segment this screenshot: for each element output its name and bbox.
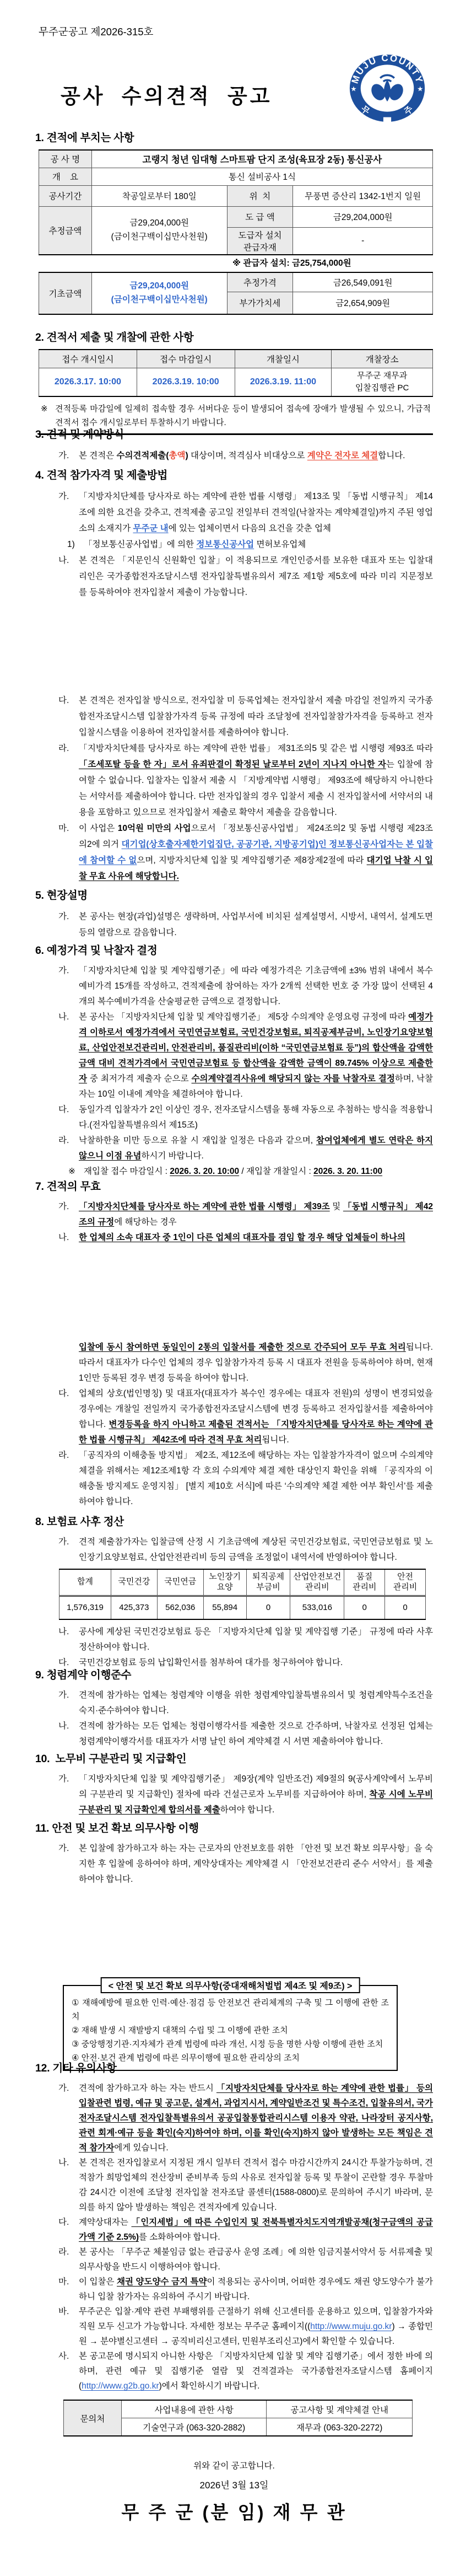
table-row: 개 요 통신 설비공사 1식 [39,168,433,185]
column-header: 품질 관리비 [344,1569,385,1596]
text-run: 국민건강보험료 등의 납입확인서를 첨부하여 대가를 청구하여야 합니다. [79,1658,343,1667]
text-run: 견적 제출참가자는 입찰금액 산정 시 기초금액에 계상된 국민건강보험료, 국… [79,1537,433,1562]
item-text: 입찰에 동시 참여하면 동일인이 2통의 입찰서를 제출한 것으로 간주되어 모… [79,1343,433,1383]
rebid-schedule-note: ※재입찰 접수 마감일시 : 2026. 3. 20. 10:00 / 재입찰 … [68,1164,433,1179]
list-item-continuation: 입찰에 동시 참여하면 동일인이 2통의 입찰서를 제출한 것으로 간주되어 모… [58,1340,433,1386]
text-run: 수의계약결격사유에 해당되지 않는 자를 낙찰자로 결정 [192,1074,395,1083]
item-label: 가. [58,1199,69,1215]
item-text: 계약상대자는 「인지세법」에 따른 수입인지 및 전북특별자치도지역개발공채(청… [79,2218,433,2242]
column-header: 노인장기 요양 [203,1569,246,1596]
text-run: 무주군 내 [133,524,168,533]
row-label: 공 사 명 [39,150,92,168]
text-run: 채권 양도양수 금지 특약 [117,2277,207,2287]
contact-col2-value: 재무과 (063-320-2272) [267,2418,413,2437]
box-title: < 안전 및 보건 확보 의무사항(중대재해처벌법 제4조 및 제9조) > [101,1977,360,1993]
section-2-heading: 2. 견적서 제출 및 개찰에 관한 사항 [35,329,433,344]
text-run: 본 견적은 [79,451,117,460]
text-run: 「인지세법」에 따른 수입인지 및 전북특별자치도지역개발공채(청구금액의 공급… [79,2218,433,2242]
section-7-heading: 7. 견적의 무효 [35,1179,433,1194]
text-run: 「지방자치단체를 당사자로 하는 계약에 관한 법률 시행령」 제39조 [79,1202,330,1211]
table-row: 2026.3.17. 10:00 2026.3.19. 10:00 2026.3… [39,368,433,397]
text-run: 본 공사는 「지방자치단체 입찰 및 계약집행기준」 제5장 수의계약 운영요령… [79,1012,408,1022]
contact-col2-header: 공고사항 및 계약체결 안내 [267,2400,413,2418]
list-item: 다.계약상대자는 「인지세법」에 따른 수입인지 및 전북특별자치도지역개발공채… [58,2215,433,2245]
row-label: 도급자 설치 관급자재 [227,227,293,255]
text-run: 「공직자의 이해충돌 방지법」 제2조, 제12조에 해당하는 자는 입찰참가자… [79,1451,433,1506]
text-run: 이 사업은 [79,824,118,833]
item-text: 본 공고문에 명시되지 아니한 사항은 「지방자치단체 입찰 및 계약 집행기준… [79,2352,433,2391]
submission-start: 2026.3.17. 10:00 [39,368,137,397]
item-text: 「지방자치단체 입찰 및 계약집행기준」에 따라 예정가격은 기초금액에 ±3%… [79,966,433,1006]
section-6-heading: 6. 예정가격 및 낙찰자 결정 [35,943,433,958]
list-item: 가.본 입찰에 참가하고자 하는 자는 근로자의 안전보호를 위한 「안전 및 … [58,1841,433,1887]
item-text: 「지방자치단체를 당사자로 하는 계약에 관한 법률」 제31조의5 및 같은 … [79,744,433,817]
list-item: 나.견적에 참가하는 모든 업체는 청렴이행각서를 제출한 것으로 간주하며, … [58,1719,433,1749]
column-header: 접수 마감일시 [137,350,235,368]
section-11: 11. 안전 및 보건 확보 의무사항 이행 가.본 입찰에 참가하고자 하는 … [35,1821,433,1887]
text-run: 2026. 3. 20. 10:00 [170,1167,239,1176]
announcement-date: 2026년 3월 13일 [35,2477,433,2491]
section-12-heading: 12. 기타 유의사항 [35,2061,433,2076]
section-12: 12. 기타 유의사항 가.견적에 참가하고자 하는 자는 반드시 「지방자치단… [35,2061,433,2393]
text-run: 낙찰하한율 미만 등으로 유찰 시 재입찰 일정은 다음과 같으며, [79,1136,316,1145]
row-label: 개 요 [39,168,92,185]
table-header-row: 합계 국민건강 국민연금 노인장기 요양 퇴직공제 부금비 산업안전보건 관리비… [59,1569,426,1596]
item-label: 다. [58,1102,69,1118]
box-line: ② 재해 발생 시 재발방지 대책의 수립 및 그 이행에 관한 조치 [72,2024,389,2037]
item-label: 가. [58,448,69,464]
section-11-heading: 11. 안전 및 보건 확보 의무사항 이행 [35,1821,433,1836]
item-label: 나. [58,1624,69,1640]
item-label: 나. [58,2155,69,2170]
item-label: 가. [58,963,69,979]
row-label: 추정금액 [39,206,92,255]
estimate-amount: 금29,204,000원(금이천구백이십만사천원) [91,206,227,255]
item-text: 이 입찰은 채권 양도양수 금지 특약이 적용되는 공사이며, 어떠한 경우에도… [79,2277,433,2301]
text-run: 본 입찰에 참가하고자 하는 자는 근로자의 안전보호를 위한 「안전 및 보건… [79,1844,433,1884]
column-header: 합계 [59,1569,111,1596]
item-label: 나. [58,1719,69,1734]
section-4: 4. 견적 참가자격 및 제출방법 가.「지방자치단체를 당사자로 하는 계약에… [35,468,433,600]
text-run: 및 [330,1202,343,1211]
list-item: 사.본 공고문에 명시되지 아니한 사항은 「지방자치단체 입찰 및 계약 집행… [58,2349,433,2393]
item-text: 견적에 참가하는 모든 업체는 청렴이행각서를 제출한 것으로 간주하며, 낙찰… [79,1721,433,1746]
longterm-care: 55,894 [203,1596,246,1619]
text-run: 에 있는 업체이면서 다음의 요건을 갖춘 업체 [169,524,331,533]
list-item: 가.견적에 참가하는 업체는 청렴계약 이행을 위한 청렴계약입찰특별유의서 및… [58,1688,433,1719]
text-run: 공사에 계상된 국민건강보험료 등은 「지방자치단체 입찰 및 계약집행 기준」… [79,1627,433,1652]
text-run: 에 해당하는 경우 [114,1217,176,1227]
item-label: 나. [58,552,69,568]
base-amount-table: 기초금액 금29,204,000원(금이천구백이십만사천원) 추정가격 금26,… [39,272,433,315]
retirement-deduction: 0 [246,1596,290,1619]
location-value: 무풍면 증산리 1342-1번지 일원 [293,185,433,206]
text-run: 견적에 참가하는 업체는 청렴계약 이행을 위한 청렴계약입찰특별유의서 및 청… [79,1690,433,1715]
item-text: 본 견적은 수의견적제출(총액) 대상이며, 적격심사 비대상으로 계약은 전자… [79,451,405,460]
submission-end: 2026.3.19. 10:00 [137,368,235,397]
contact-block: 문의처 사업내용에 관한 사항 공고사항 및 계약체결 안내 기술연구과 (06… [35,2400,433,2437]
page-title: 공사 수의견적 공고 [61,79,433,109]
item-label: 나. [58,1010,69,1025]
list-item: 나.본 공사는 「지방자치단체 입찰 및 계약집행기준」 제5장 수의계약 운영… [58,1010,433,1102]
item-text: 본 공사는 「무주군 체불임금 없는 관급공사 운영 조례」에 의한 임금지불서… [79,2247,433,2272]
contact-label: 문의처 [64,2400,122,2436]
notice-document: 무주군공고 제2026-315호 MUJU COUNTY ★ ★ 무 주 공사 … [0,0,455,2576]
text-run: 하시기 바랍니다. [141,1151,203,1161]
section-5-heading: 5. 현장설명 [35,888,433,904]
text-run: 하여야 합니다. [220,1805,274,1815]
item-label: 라. [58,1133,69,1149]
section-9-heading: 9. 청렴계약 이행준수 [35,1667,433,1683]
column-header: 개찰장소 [332,350,433,368]
project-name: 고랭지 청년 임대형 스마트팜 단지 조성(육묘장 2동) 통신공사 [91,150,432,168]
item-text: 「공직자의 이해충돌 방지법」 제2조, 제12조에 해당하는 자는 입찰참가자… [79,1451,433,1506]
amount: 금29,204,000원 [129,218,189,228]
item-label: 나. [58,1230,69,1246]
text-run: 한 업체의 소속 대표자 중 1인이 다른 업체의 대표자를 겸임 할 경우 해… [79,1233,405,1242]
item-label: 사. [58,2349,69,2364]
item-text: 이 사업은 10억원 미만의 사업으로서 「정보통신공사업법」 제24조의2 및… [79,824,433,881]
column-header: 산업안전보건 관리비 [290,1569,344,1596]
text-run: 으며, 지방자치단체 입찰 및 계약집행기준 제8장제2절에 따라 [137,856,366,865]
list-item: 가.견적 제출참가자는 입찰금액 산정 시 기초금액에 계상된 국민건강보험료,… [58,1534,433,1565]
item-text: 본 견적은 전자입찰 방식으로, 전자입찰 미 등록업체는 전자입찰서 제출 마… [79,696,433,737]
text-run: 본 견적은 「지문인식 신원확인 입찰」이 적용되므로 개인인증서를 보유한 대… [79,556,433,597]
list-item: 가.「지방자치단체를 당사자로 하는 계약에 관한 법률 시행령」 제39조 및… [58,1199,433,1230]
text-run: 본 견적은 전자입찰 방식으로, 전자입찰 미 등록업체는 전자입찰서 제출 마… [79,696,433,737]
header: 무주군공고 제2026-315호 [35,24,433,39]
notice-number: 무주군공고 제2026-315호 [39,24,433,39]
table-row: 1,576,319 425,373 562,036 55,894 0 533,0… [59,1596,426,1619]
row-label: 위 치 [227,185,293,206]
opening-datetime: 2026.3.19. 11:00 [235,368,332,397]
project-info-table: 공 사 명 고랭지 청년 임대형 스마트팜 단지 조성(육묘장 2동) 통신공사… [39,149,433,255]
item-label: 가. [58,2081,69,2096]
text-run: 본 공사는 현장(과업)설명은 생략하며, 사업부서에 비치된 설계설명서, 시… [79,912,433,937]
list-item: 나.한 업체의 소속 대표자 중 1인이 다른 업체의 대표자를 겸임 할 경우… [58,1230,433,1246]
item-label: 다. [58,2215,69,2230]
text-run: 본 견적은 전자입찰로서 지정된 개시 일부터 견적서 접수 마감시간까지 24… [79,2158,433,2212]
section-3-heading: 3. 견적 및 계약방식 [35,427,433,443]
list-item: 마.이 입찰은 채권 양도양수 금지 특약이 적용되는 공사이며, 어떠한 경우… [58,2274,433,2304]
text-run: 2026. 3. 20. 11:00 [313,1167,382,1176]
section-1-heading: 1. 견적에 부치는 사항 [35,129,433,144]
total-amount: 1,576,319 [59,1596,111,1619]
text-run: 중 최저가격 제출자 순으로 [87,1074,192,1083]
list-item: 다.업체의 상호(법인명칭) 및 대표자(대표자가 복수인 경우에는 대표자 전… [58,1386,433,1448]
item-text: 견적에 참가하는 업체는 청렴계약 이행을 위한 청렴계약입찰특별유의서 및 청… [79,1690,433,1715]
item-label: 마. [58,2274,69,2289]
text-run: 「지방자치단체 입찰 및 계약집행기준」에 따라 예정가격은 기초금액에 ±3%… [79,966,433,1006]
list-item: 바.무주군은 입찰·계약 관련 부패행위를 근절하기 위해 신고센터를 운용하고… [58,2304,433,2349]
box-line: ③ 중앙행정기관·지자체가 관계 법령에 따라 개선, 시정 등을 명한 사항 … [72,2037,389,2051]
row-label: 부가가치세 [227,292,293,314]
row-label: 기초금액 [39,272,92,314]
list-item: 가.「지방자치단체를 당사자로 하는 계약에 관한 법률 시행령」 제13조 및… [58,489,433,536]
item-text: 본 공사는 현장(과업)설명은 생략하며, 사업부서에 비치된 설계설명서, 시… [79,912,433,937]
section-7: 7. 견적의 무효 가.「지방자치단체를 당사자로 하는 계약에 관한 법률 시… [35,1179,433,1246]
list-item: 나.본 견적은 전자입찰로서 지정된 개시 일부터 견적서 접수 마감시간까지 … [58,2155,433,2215]
government-furnished-note: ※ 관급자 설치: 금25,754,000원 [39,255,433,272]
table-header-row: 접수 개시일시 접수 마감일시 개찰일시 개찰장소 [39,350,433,368]
text-run: 계약상대자는 [79,2218,131,2227]
item-text: 견적 제출참가자는 입찰금액 산정 시 기초금액에 계상된 국민건강보험료, 국… [79,1537,433,1562]
column-header: 개찰일시 [235,350,332,368]
text-run: 10억원 미만의 사업 [118,824,191,833]
closing-statement: 위와 같이 공고합니다. [35,2459,433,2471]
item-text: 국민건강보험료 등의 납입확인서를 첨부하여 대가를 청구하여야 합니다. [79,1658,343,1667]
text-run: 정보통신공사업 [196,540,254,549]
section-2: 2. 견적서 제출 및 개찰에 관한 사항 접수 개시일시 접수 마감일시 개찰… [35,329,433,435]
item-text: 「지방자치단체 입찰 및 계약집행기준」 제9장(계약 일반조건) 제9절의 9… [79,1774,433,1815]
text-run: 이 입찰은 [79,2277,117,2287]
item-label: 가. [58,909,69,925]
footer: 위와 같이 공고합니다. 2026년 3월 13일 무 주 군 (분 임) 재 … [35,2459,433,2524]
text-run: 총액 [169,451,186,460]
list-item: 가.「지방자치단체 입찰 및 계약집행기준」에 따라 예정가격은 기초금액에 ±… [58,963,433,1010]
note-text: 견적등록 마감일에 일제히 접속할 경우 서버다운 등이 발생되어 접속에 장애… [55,404,431,427]
item-label: 1) [67,536,75,552]
text-run: )에서 확인하시기 바랍니다. [159,2381,260,2391]
list-subitem: 1)「정보통신공사업법」에 의한 정보통신공사업 면허보유업체 [67,536,433,552]
health-insurance: 425,373 [111,1596,157,1619]
table-row: 공사기간 착공일로부터 180일 위 치 무풍면 증산리 1342-1번지 일원 [39,185,433,206]
text-run: 계약은 전자로 체결 [307,451,378,460]
text-run: 면허보유업체 [254,540,306,549]
text-run: 「조세포탈 등을 한 자」로서 유죄판결이 확정된 날로부터 2년이 지나지 아… [79,760,386,769]
list-item: 가.견적에 참가하고자 하는 자는 반드시 「지방자치단체를 당사자로 하는 계… [58,2081,433,2155]
link-muju-homepage[interactable]: http://www.muju.go.kr [310,2322,392,2331]
contact-col1-value: 기술연구과 (063-320-2882) [121,2418,267,2437]
list-item: 라.낙찰하한율 미만 등으로 유찰 시 재입찰 일정은 다음과 같으며, 참여업… [58,1133,433,1164]
safety-obligation-box-wrap: < 안전 및 보건 확보 의무사항(중대재해처벌법 제4조 및 제9조) > ①… [35,1985,433,2071]
amount-korean: (금이천구백이십만사천원) [111,295,208,304]
text-run: 를 소화하여야 합니다. [139,2232,220,2242]
quality-management-cost: 0 [344,1596,385,1619]
pension-insurance: 562,036 [157,1596,203,1619]
text-run: 대상이며, 적격심사 비대상으로 [188,451,307,460]
note-mark: ※ [41,402,48,416]
section-5: 5. 현장설명 가.본 공사는 현장(과업)설명은 생략하며, 사업부서에 비치… [35,888,433,941]
section-9: 9. 청렴계약 이행준수 가.견적에 참가하는 업체는 청렴계약 이행을 위한 … [35,1667,433,1749]
title-block: 공사 수의견적 공고 [35,79,433,109]
text-run: 입찰에 동시 참여하면 동일인이 2통의 입찰서를 제출한 것으로 간주되어 모… [79,1343,406,1352]
link-g2b-homepage[interactable]: http://www.g2b.go.kr [82,2381,159,2391]
text-run: 에게 있습니다. [114,2143,168,2153]
item-label: 다. [58,693,69,709]
row-label: 추정가격 [227,272,293,292]
estimated-price: 금26,549,091원 [293,272,433,292]
text-run: 견적에 참가하는 모든 업체는 청렴이행각서를 제출한 것으로 간주하며, 낙찰… [79,1721,433,1746]
contact-col1-header: 사업내용에 관한 사항 [121,2400,267,2418]
safety-management-cost: 0 [385,1596,426,1619]
item-label: 라. [58,1448,69,1463]
section-1: 1. 견적에 부치는 사항 공 사 명 고랭지 청년 임대형 스마트팜 단지 조… [35,129,433,315]
text-run: 동일가격 입찰자가 2인 이상인 경우, 전자조달시스템을 통해 자동으로 추첨… [79,1105,433,1130]
column-header: 안전 관리비 [385,1569,426,1596]
text-run: 본 공사는 「무주군 체불임금 없는 관급공사 운영 조례」에 의한 임금지불서… [79,2247,433,2272]
list-item: 가.「지방자치단체 입찰 및 계약집행기준」 제9장(계약 일반조건) 제9절의… [58,1772,433,1818]
section-4-continued: 다.본 견적은 전자입찰 방식으로, 전자입찰 미 등록업체는 전자입찰서 제출… [35,693,433,884]
text-run: 합니다. [378,451,405,460]
construction-period: 착공일로부터 180일 [91,185,227,206]
item-label: 라. [58,740,69,756]
text-run: 「지방자치단체를 당사자로 하는 계약에 관한 법률」 제31조의5 및 같은 … [79,744,433,753]
note-text: 재입찰 접수 마감일시 : 2026. 3. 20. 10:00 / 재입찰 개… [84,1167,382,1176]
item-text: 업체의 상호(법인명칭) 및 대표자(대표자가 복수인 경우에는 대표자 전원)… [79,1389,433,1445]
section-4-heading: 4. 견적 참가자격 및 제출방법 [35,468,433,484]
text-run: 「정보통신공사업법」에 의한 [84,540,196,549]
text-run: 변경등록을 하지 아니하고 제출된 견적서는 「지방자치단체를 당사자로 하는 … [79,1420,433,1445]
section-7-continued: 입찰에 동시 참여하면 동일인이 2통의 입찰서를 제출한 것으로 간주되어 모… [35,1340,433,1510]
amount: 금29,204,000원 [129,281,189,291]
item-text: 본 견적은 전자입찰로서 지정된 개시 일부터 견적서 접수 마감시간까지 24… [79,2158,433,2212]
section-10: 10. 노무비 구분관리 및 지급확인 가.「지방자치단체 입찰 및 계약집행기… [35,1751,433,1818]
item-text: 동일가격 입찰자가 2인 이상인 경우, 전자조달시스템을 통해 자동으로 추첨… [79,1105,433,1130]
section-3: 3. 견적 및 계약방식 가.본 견적은 수의견적제출(총액) 대상이며, 적격… [35,427,433,464]
column-header: 국민연금 [157,1569,203,1596]
table-row: 추정금액 금29,204,000원(금이천구백이십만사천원) 도 급 액 금29… [39,206,433,227]
safety-obligation-box: < 안전 및 보건 확보 의무사항(중대재해처벌법 제4조 및 제9조) > ①… [63,1985,398,2071]
industrial-safety-cost: 533,016 [290,1596,344,1619]
item-text: 공사에 계상된 국민건강보험료 등은 「지방자치단체 입찰 및 계약집행 기준」… [79,1627,433,1652]
list-item: 가.본 견적은 수의견적제출(총액) 대상이며, 적격심사 비대상으로 계약은 … [58,448,433,464]
row-label: 도 급 액 [227,206,293,227]
item-label: 바. [58,2304,69,2319]
table-row: 공 사 명 고랭지 청년 임대형 스마트팜 단지 조성(육묘장 2동) 통신공사 [39,150,433,168]
table-row: 문의처 사업내용에 관한 사항 공고사항 및 계약체결 안내 [64,2400,413,2418]
list-item: 나.공사에 계상된 국민건강보험료 등은 「지방자치단체 입찰 및 계약집행 기… [58,1624,433,1655]
list-item: 라.「공직자의 이해충돌 방지법」 제2조, 제12조에 해당하는 자는 입찰참… [58,1448,433,1510]
project-overview: 통신 설비공사 1식 [91,168,432,185]
insurance-amount-table: 합계 국민건강 국민연금 노인장기 요양 퇴직공제 부금비 산업안전보건 관리비… [59,1569,426,1620]
item-text: 낙찰하한율 미만 등으로 유찰 시 재입찰 일정은 다음과 같으며, 참여업체에… [79,1136,433,1161]
section-8: 8. 보험료 사후 정산 가.견적 제출참가자는 입찰금액 산정 시 기초금액에… [35,1514,433,1671]
item-text: 본 공사는 「지방자치단체 입찰 및 계약집행기준」 제5장 수의계약 운영요령… [79,1012,433,1099]
vat-value: 금2,654,909원 [293,292,433,314]
item-label: 다. [58,1386,69,1402]
section-6: 6. 예정가격 및 낙찰자 결정 가.「지방자치단체 입찰 및 계약집행기준」에… [35,943,433,1179]
text-run: / 재입찰 개찰일시 : [239,1167,313,1176]
item-label: 가. [58,489,69,505]
item-text: 「지방자치단체를 당사자로 하는 계약에 관한 법률 시행령」 제39조 및 「… [79,1202,433,1227]
list-item: 마.이 사업은 10억원 미만의 사업으로서 「정보통신공사업법」 제24조의2… [58,820,433,884]
item-text: 무주군은 입찰·계약 관련 부패행위를 근절하기 위해 신고센터를 운용하고 있… [79,2307,433,2346]
column-header: 접수 개시일시 [39,350,137,368]
base-amount: 금29,204,000원(금이천구백이십만사천원) [91,272,227,314]
text-run: 재입찰 접수 마감일시 : [84,1167,170,1176]
table-row: 기초금액 금29,204,000원(금이천구백이십만사천원) 추정가격 금26,… [39,272,433,292]
item-text: 「지방자치단체를 당사자로 하는 계약에 관한 법률 시행령」 제13조 및 「… [79,492,433,533]
item-label: 마. [58,820,69,836]
section-8-heading: 8. 보험료 사후 정산 [35,1514,433,1529]
schedule-table: 접수 개시일시 접수 마감일시 개찰일시 개찰장소 2026.3.17. 10:… [39,349,433,397]
item-text: 「정보통신공사업법」에 의한 정보통신공사업 면허보유업체 [84,540,306,549]
contract-amount: 금29,204,000원 [293,206,433,227]
item-label: 라. [58,2245,69,2260]
text-run: 수의견적제출 [117,451,166,460]
text-run: 예정가격 이하로서 예정가격에서 국민연금보험료, 국민건강보험료, 퇴직공제부… [79,1012,433,1083]
section-10-heading: 10. 노무비 구분관리 및 지급확인 [35,1751,433,1767]
list-item: 가.본 공사는 현장(과업)설명은 생략하며, 사업부서에 비치된 설계설명서,… [58,909,433,941]
list-item: 다.본 견적은 전자입찰 방식으로, 전자입찰 미 등록업체는 전자입찰서 제출… [58,693,433,740]
text-run: 됩니다. [262,1435,289,1445]
item-text: 한 업체의 소속 대표자 중 1인이 다른 업체의 대표자를 겸임 할 경우 해… [79,1233,405,1242]
list-item: 다.동일가격 입찰자가 2인 이상인 경우, 전자조달시스템을 통해 자동으로 … [58,1102,433,1133]
item-label: 가. [58,1688,69,1703]
text-run: 「지방자치단체를 당사자로 하는 계약에 관한 법률」 등의 입찰관련 법령, … [79,2084,433,2153]
note-mark: ※ [68,1164,75,1179]
row-label: 공사기간 [39,185,92,206]
signer-title: 무 주 군 (분 임) 재 무 관 [35,2498,433,2524]
text-run: 견적에 참가하고자 하는 자는 반드시 [79,2084,216,2093]
item-text: 본 입찰에 참가하고자 하는 자는 근로자의 안전보호를 위한 「안전 및 보건… [79,1844,433,1884]
item-label: 가. [58,1772,69,1787]
item-label: 가. [58,1534,69,1550]
list-item: 라.본 공사는 「무주군 체불임금 없는 관급공사 운영 조례」에 의한 임금지… [58,2245,433,2274]
column-header: 국민건강 [111,1569,157,1596]
amount-korean: (금이천구백이십만사천원) [111,232,208,241]
list-item: 나.본 견적은 「지문인식 신원확인 입찰」이 적용되므로 개인인증서를 보유한… [58,552,433,600]
item-text: 본 견적은 「지문인식 신원확인 입찰」이 적용되므로 개인인증서를 보유한 대… [79,556,433,597]
furnished-value: - [293,227,433,255]
list-item: 라.「지방자치단체를 당사자로 하는 계약에 관한 법률」 제31조의5 및 같… [58,740,433,820]
box-line: ① 재해예방에 필요한 인력·예산·점검 등 안전보건 관리체계의 구축 및 그… [72,1996,389,2024]
column-header: 퇴직공제 부금비 [246,1569,290,1596]
opening-place: 무주군 재무과 입찰집행관 PC [332,368,433,397]
item-label: 가. [58,1841,69,1856]
contact-table: 문의처 사업내용에 관한 사항 공고사항 및 계약체결 안내 기술연구과 (06… [63,2400,413,2437]
item-text: 견적에 참가하고자 하는 자는 반드시 「지방자치단체를 당사자로 하는 계약에… [79,2084,433,2153]
